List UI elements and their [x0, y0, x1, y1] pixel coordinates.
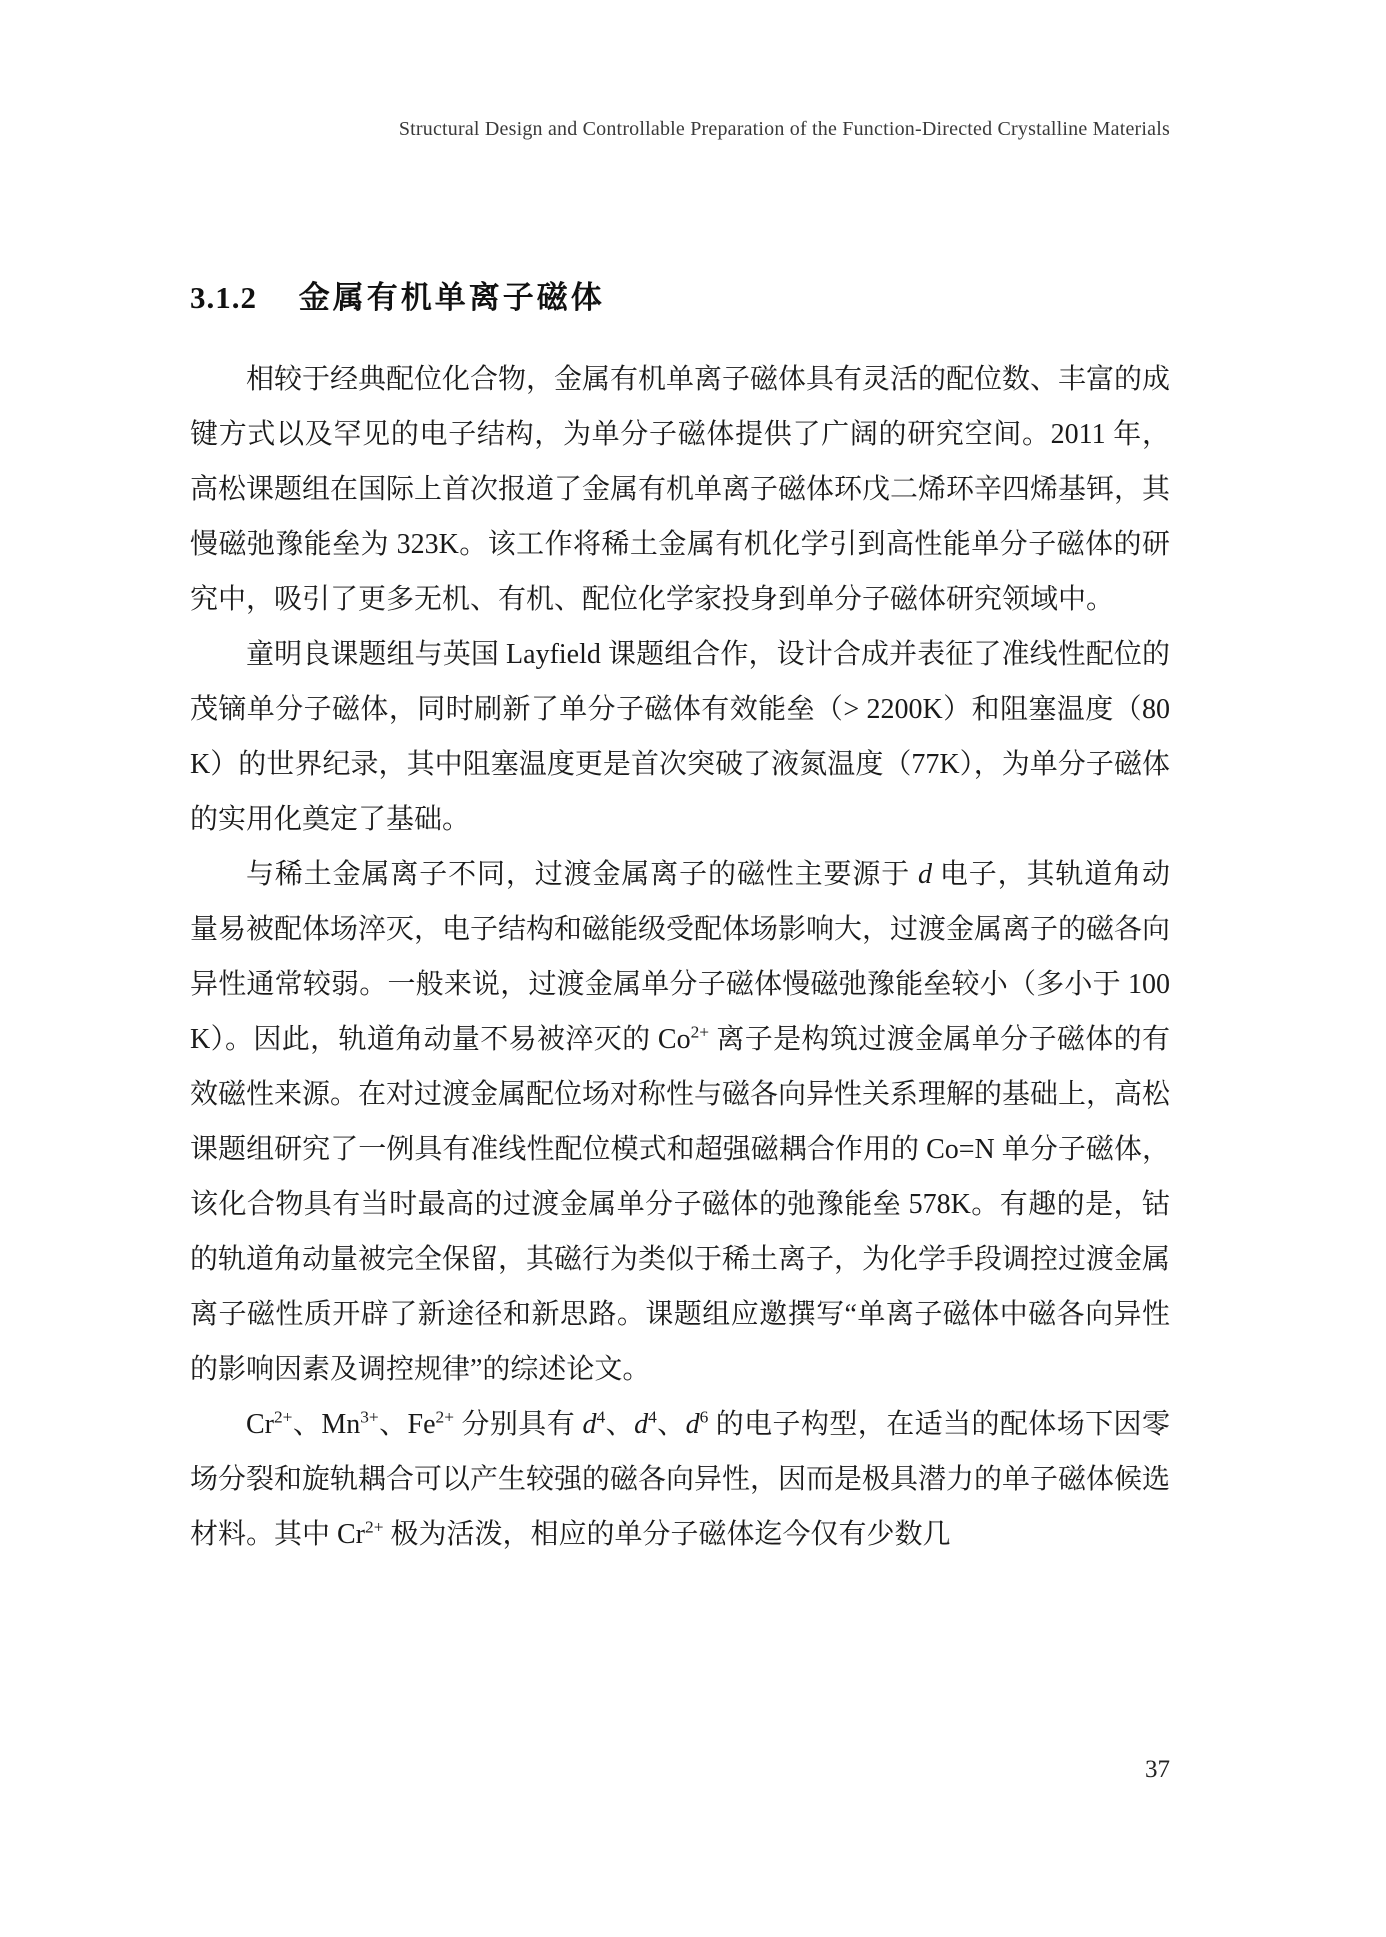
superscript: 6	[700, 1408, 709, 1427]
document-page: Structural Design and Controllable Prepa…	[0, 0, 1386, 1937]
text-run: 相较于经典配位化合物，金属有机单离子磁体具有灵活的配位数、丰富的成键方式以及罕见…	[190, 364, 1170, 615]
superscript: 2+	[436, 1408, 454, 1427]
body-text: 相较于经典配位化合物，金属有机单离子磁体具有灵活的配位数、丰富的成键方式以及罕见…	[190, 352, 1170, 1562]
text-run: 、	[605, 1409, 634, 1440]
section-number: 3.1.2	[190, 280, 257, 315]
text-run: 离子是构筑过渡金属单分子磁体的有效磁性来源。在对过渡金属配位场对称性与磁各向异性…	[190, 1024, 1170, 1385]
section-heading: 3.1.2 金属有机单离子磁体	[190, 272, 605, 317]
section-title: 金属有机单离子磁体	[299, 280, 605, 315]
superscript: 2+	[274, 1408, 292, 1427]
superscript: 2+	[365, 1518, 383, 1537]
text-run: Cr	[246, 1409, 274, 1440]
italic-symbol: d	[686, 1409, 700, 1440]
text-run: 、Mn	[292, 1409, 360, 1440]
italic-symbol: d	[583, 1409, 597, 1440]
italic-symbol: d	[634, 1409, 648, 1440]
text-run: 、Fe	[379, 1409, 436, 1440]
running-header: Structural Design and Controllable Prepa…	[399, 118, 1170, 141]
paragraph: 与稀土金属离子不同，过渡金属离子的磁性主要源于 d 电子，其轨道角动量易被配体场…	[190, 847, 1170, 1397]
italic-symbol: d	[918, 859, 932, 890]
superscript: 4	[648, 1408, 657, 1427]
text-run: 与稀土金属离子不同，过渡金属离子的磁性主要源于	[246, 859, 918, 890]
text-run: 、	[657, 1409, 686, 1440]
paragraph: 童明良课题组与英国 Layfield 课题组合作，设计合成并表征了准线性配位的茂…	[190, 627, 1170, 847]
superscript: 2+	[691, 1023, 709, 1042]
superscript: 4	[597, 1408, 606, 1427]
text-run: 极为活泼，相应的单分子磁体迄今仅有少数几	[384, 1519, 951, 1550]
paragraph: Cr2+、Mn3+、Fe2+ 分别具有 d4、d4、d6 的电子构型，在适当的配…	[190, 1397, 1170, 1562]
text-run: 分别具有	[454, 1409, 583, 1440]
superscript: 3+	[360, 1408, 378, 1427]
page-number: 37	[1145, 1756, 1170, 1784]
paragraph: 相较于经典配位化合物，金属有机单离子磁体具有灵活的配位数、丰富的成键方式以及罕见…	[190, 352, 1170, 627]
text-run: 童明良课题组与英国 Layfield 课题组合作，设计合成并表征了准线性配位的茂…	[190, 639, 1170, 835]
